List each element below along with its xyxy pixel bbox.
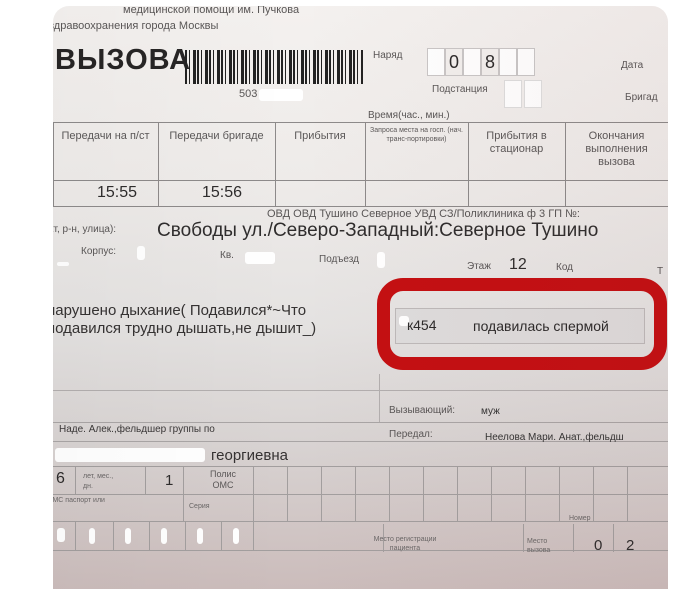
korpus-label: Корпус: (81, 246, 116, 257)
time-value: 15:56 (202, 184, 242, 202)
order-label: Наряд (373, 50, 402, 61)
apartment-label: Кв. (220, 250, 234, 261)
barcode-number: 503 (239, 88, 257, 100)
caller-value: муж (481, 406, 500, 417)
tel-label: Т (657, 266, 663, 277)
order-digit (463, 48, 481, 76)
red-highlight-frame (377, 278, 667, 370)
call-place-digit: 0 (594, 537, 602, 554)
order-digit: 8 (481, 48, 499, 76)
time-value: 15:55 (97, 184, 137, 202)
patient-patronymic: георгиевна (211, 447, 288, 464)
caller-label: Вызывающий: (389, 405, 455, 416)
transmitted-label: Передал: (389, 429, 433, 440)
org-line-1: медицинской помощи им. Пучкова (123, 6, 299, 16)
time-header: Прибытия в стационар (472, 130, 561, 156)
barcode (185, 50, 363, 84)
reason-line-2: подавился трудно дышать,не дышит_) (53, 320, 316, 338)
time-header: Передачи бригаде (162, 130, 271, 143)
reason-line-1: нарушено дыхание( Подавился*~Что (53, 302, 306, 320)
substation-digit (524, 80, 542, 108)
address-value: Свободы ул./Северо-Западный:Северное Туш… (157, 220, 598, 242)
time-header: Передачи на п/ст (57, 130, 154, 143)
oms-label: ОМС паспорт или (53, 497, 105, 504)
substation-label: Подстанция (432, 84, 488, 95)
entrance-label: Подъезд (319, 254, 359, 265)
call-place-digit: 2 (626, 537, 634, 554)
order-digit (427, 48, 445, 76)
time-header: Окончания выполнения вызова (569, 130, 664, 169)
call-place-label: Место вызова (527, 537, 567, 555)
age-extra: 1 (165, 472, 173, 489)
call-card-photo: медицинской помощи им. Пучкова здравоохр… (53, 6, 668, 589)
age-years: 6 (56, 470, 65, 488)
brigade-label: Бригад (625, 92, 658, 103)
transmitted-value: Неелова Мари. Анат.,фельдш (485, 432, 624, 443)
policy-label: Полис ОМС (203, 469, 243, 491)
registration-label: Место регистрации пациента (365, 535, 445, 553)
order-digit (517, 48, 535, 76)
address-label: кт, р-н, улица): (53, 224, 116, 235)
date-label: Дата (621, 60, 643, 71)
series-label: Серия (189, 503, 210, 510)
floor-label: Этаж (467, 261, 491, 272)
number-label: Номер (569, 515, 591, 522)
time-header: Запроса места на госп. (нач. транс-порти… (369, 126, 464, 144)
substation-digit (504, 80, 522, 108)
document-title: ВЫЗОВА (55, 44, 191, 77)
order-digit (499, 48, 517, 76)
floor-value: 12 (509, 256, 527, 274)
order-digit: 0 (445, 48, 463, 76)
ovd-line: ОВД ОВД Тушино Северное УВД СЗ/Поликлини… (267, 208, 580, 220)
code-label: Код (556, 262, 573, 273)
time-label: Время(час., мин.) (368, 110, 450, 121)
staff-line: Наде. Алек.,фельдшер группы по (59, 424, 215, 435)
org-line-2: здравоохранения города Москвы (53, 20, 218, 32)
time-header: Прибытия (279, 130, 361, 143)
age-label: лет, мес., дн. (83, 472, 123, 492)
